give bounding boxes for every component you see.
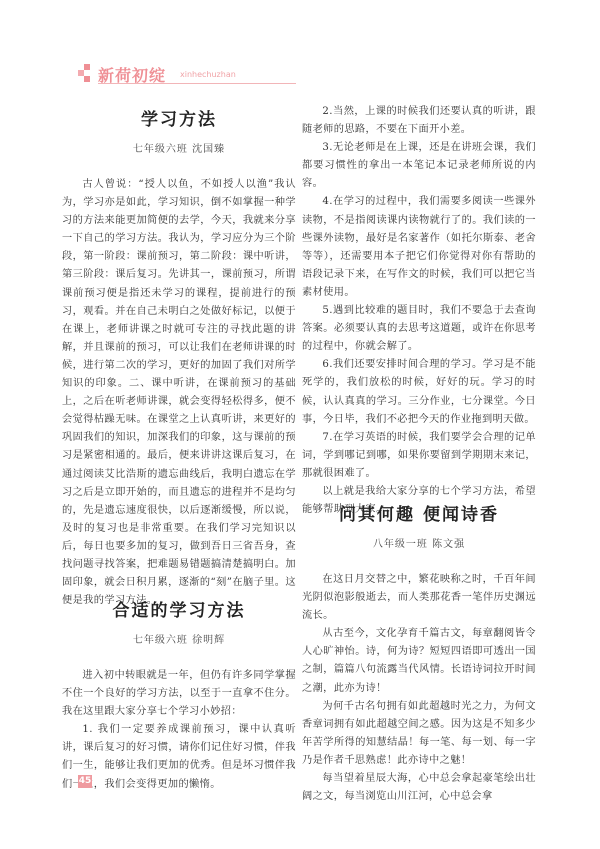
article-title: 学习方法: [62, 105, 296, 130]
article-title: 问其何趣 便闻诗香: [302, 500, 536, 525]
article-paragraph: 在这日月交替之中，繁花映称之时，千百年间光阴似泡影般逝去，而人类那花香一笔伴历史…: [302, 571, 536, 625]
article-paragraph: 为何千古名句拥有如此超越时光之力，为何文香章词拥有如此超越空间之感。因为这是不知…: [302, 698, 536, 770]
article-paragraph: 6.我们还要安排时间合理的学习。学习是不能死学的，我们放松的时候，好好的玩。学习…: [302, 356, 536, 428]
logo-squares-icon: [78, 64, 96, 82]
article-paragraph: 7.在学习英语的时候，我们要学会合理的记单词，学到哪记到哪，如果你要留到学期期末…: [302, 429, 536, 483]
article-paragraph: 3.无论老师是在上课，还是在讲班会课，我们都要习惯性的拿出一本笔记本记录老师所说…: [302, 139, 536, 193]
article-suitable-methods-continued: 2.当然，上课的时候我们还要认真的听讲，跟随老师的思路，不要在下面开小差。 3.…: [302, 103, 536, 519]
article-paragraph: 1. 我们一定要养成课前预习，课中认真听讲，课后复习的好习惯，请你们记住好习惯，…: [62, 721, 296, 793]
article-paragraph: 从古至今，文化孕育千篇古文，每章翻阅皆令人心旷神怡。诗，何为诗？短短四语即可透出…: [302, 625, 536, 697]
article-byline: 七年级六班 徐明辉: [62, 631, 296, 646]
article-paragraph: 进入初中转眼就是一年，但仍有许多同学掌握不住一个良好的学习方法，以至于一直拿不住…: [62, 667, 296, 721]
magazine-header: 新荷初绽 xinhechuzhan: [76, 62, 296, 86]
article-byline: 七年级六班 沈国臻: [62, 140, 296, 155]
section-logo-pinyin: xinhechuzhan: [180, 70, 236, 79]
article-paragraph: 每当望着星辰大海，心中总会拿起豪笔绘出壮阔之文，每当浏览山川江河，心中总会拿: [302, 770, 536, 806]
article-study-methods: 学习方法 七年级六班 沈国臻 古人曾说：“授人以鱼，不如授人以渔”我认为，学习亦…: [62, 105, 296, 610]
article-paragraph: 5.遇到比较难的题目时，我们不要急于去查询答案。必须要认真的去思考这道题，或许在…: [302, 302, 536, 356]
page-number: 45: [78, 775, 92, 788]
article-title: 合适的学习方法: [62, 596, 296, 621]
header-divider: [98, 83, 296, 84]
article-paragraph: 2.当然，上课的时候我们还要认真的听讲，跟随老师的思路，不要在下面开小差。: [302, 103, 536, 139]
article-poetry: 问其何趣 便闻诗香 八年级一班 陈文强 在这日月交替之中，繁花映称之时，千百年间…: [302, 500, 536, 806]
article-byline: 八年级一班 陈文强: [302, 535, 536, 550]
article-suitable-methods: 合适的学习方法 七年级六班 徐明辉 进入初中转眼就是一年，但仍有许多同学掌握不住…: [62, 596, 296, 794]
article-paragraph: 4.在学习的过程中，我们需要多阅读一些课外读物，不是指阅读课内读物就行了的。我们…: [302, 193, 536, 302]
article-paragraph: 古人曾说：“授人以鱼，不如授人以渔”我认为，学习亦是如此，学习知识，倒不如掌握一…: [62, 176, 296, 610]
